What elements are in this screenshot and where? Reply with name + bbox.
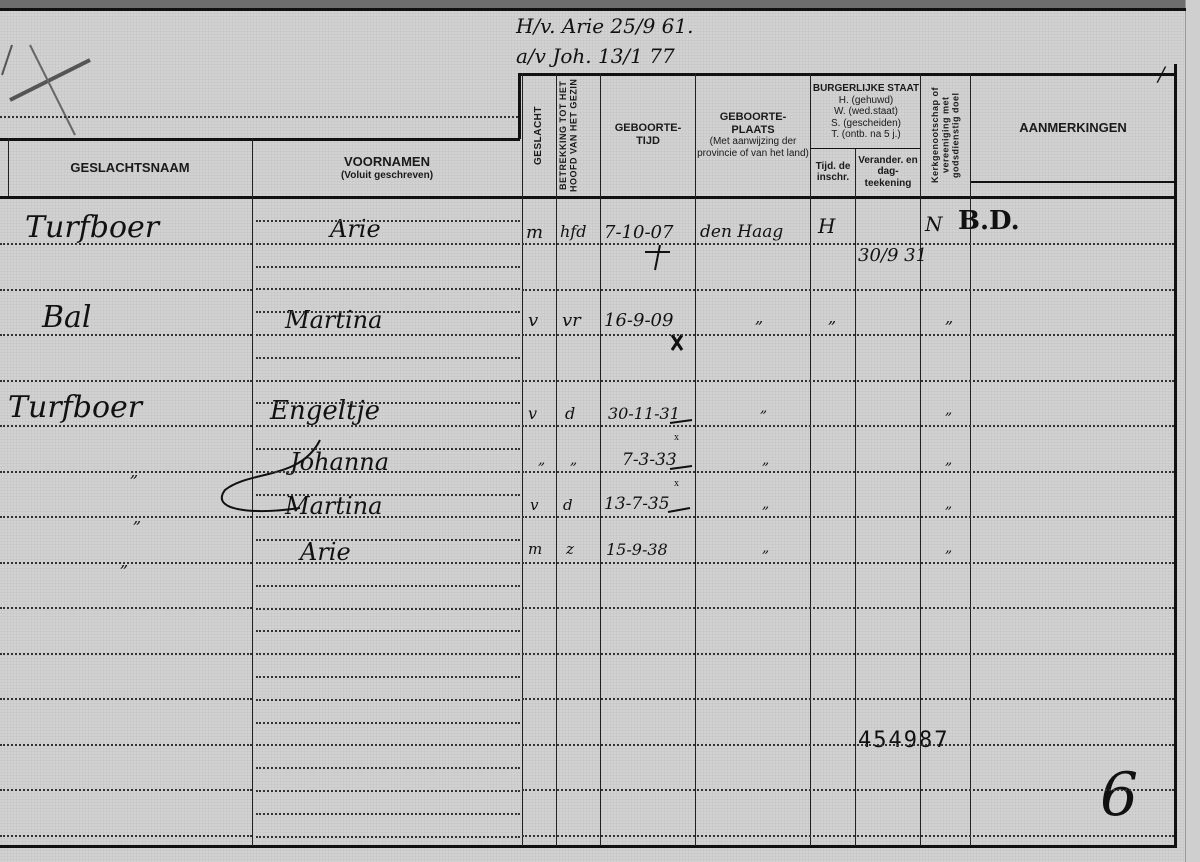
row3-geslacht: v: [528, 404, 537, 423]
name-guide-line: [256, 402, 520, 404]
registry-stamp-number: 454987: [858, 728, 949, 753]
row-guide-line: [522, 334, 1174, 336]
name-guide-line: [256, 539, 520, 541]
row6-geslacht: m: [528, 540, 542, 558]
row4-kerk: „: [945, 452, 952, 468]
header-staat-title: BURGERLIJKE STAAT: [813, 83, 919, 95]
page-number: 6: [1100, 760, 1138, 830]
staat-code-s: S. (gescheiden): [831, 118, 901, 130]
name-guide-line: [256, 790, 520, 792]
name-guide-line: [256, 653, 520, 655]
name-guide-line: [256, 357, 520, 359]
row-guide-line: [0, 789, 252, 791]
row-guide-line: [0, 562, 252, 564]
name-guide-line: [256, 516, 520, 518]
staat-code-t: T. (ontb. na 5 j.): [831, 129, 900, 141]
row-guide-line: [522, 653, 1174, 655]
name-guide-line: [256, 836, 520, 838]
upper-dotted-line: [0, 116, 518, 118]
row1-geslacht: m: [526, 222, 543, 243]
row-guide-line: [0, 744, 252, 746]
row5-geboorteplaats: „: [762, 496, 769, 512]
row1-kerk: N: [925, 212, 943, 236]
header-geslacht: GESLACHT: [522, 76, 556, 194]
name-guide-line: [256, 699, 520, 701]
row2-geboorteplaats: „: [755, 308, 763, 327]
name-guide-line: [256, 448, 520, 450]
row-guide-line: [0, 289, 252, 291]
svg-text:x: x: [674, 478, 679, 489]
row-guide-line: [522, 243, 1174, 245]
handwriting-flourish: [210, 430, 330, 520]
row1-verander: 30/9 31: [858, 245, 927, 266]
row-guide-line: [522, 380, 1174, 382]
name-guide-line: [256, 676, 520, 678]
row2-geslacht: v: [528, 310, 538, 331]
header-kerkgenootschap: Kerkgenootschap of vereeniging met godsd…: [921, 76, 970, 194]
header-step: [518, 73, 521, 139]
row-guide-line: [0, 334, 252, 336]
frame-top: [0, 8, 1186, 11]
name-guide-line: [256, 311, 520, 313]
name-guide-line: [256, 288, 520, 290]
name-guide-line: [256, 608, 520, 610]
row-guide-line: [0, 425, 252, 427]
top-annotation-line2: a/v Joh. 13/1 77: [516, 44, 675, 68]
registry-card: H/v. Arie 25/9 61. a/v Joh. 13/1 77 / GE…: [0, 0, 1200, 862]
row-guide-line: [0, 607, 252, 609]
header-betrekking-text: BETREKKING TOT HET HOOFD VAN HET GEZIN: [558, 76, 598, 194]
row6-geboorteplaats: „: [762, 540, 769, 556]
row-guide-line: [522, 789, 1174, 791]
row5-geslacht: v: [530, 496, 538, 514]
row6-kerk: „: [945, 540, 952, 556]
row-guide-line: [0, 653, 252, 655]
row1-geboorteplaats: den Haag: [700, 222, 783, 242]
row3-geboorteplaats: „: [760, 400, 767, 416]
header-tijd-inschr: Tijd. de inschr.: [811, 150, 855, 194]
header-kerk-text: Kerkgenootschap of vereeniging met godsd…: [930, 79, 961, 191]
name-guide-line: [256, 334, 520, 336]
row-guide-line: [522, 471, 1174, 473]
row2-staat: „: [828, 308, 836, 327]
header-geslachtsnaam: GESLACHTSNAAM: [8, 140, 252, 196]
row-guide-line: [522, 835, 1174, 837]
row4-geboorteplaats: „: [762, 452, 769, 468]
name-guide-line: [256, 243, 520, 245]
pencil-cross-icon: [0, 40, 100, 140]
row3-geslachtsnaam: Turfboer: [8, 390, 142, 425]
remark-stamp-bd: B.D.: [958, 206, 1020, 236]
name-guide-line: [256, 562, 520, 564]
row-guide-line: [522, 698, 1174, 700]
row6-betrekking: z: [566, 540, 574, 558]
row4-betrekking: „: [570, 452, 577, 468]
header-geboorteplaats-sub: (Met aanwijzing der provincie of van het…: [697, 136, 809, 159]
col-line-7: [855, 148, 856, 846]
row1-betrekking: hfd: [560, 222, 586, 241]
aanmerkingen-header-line: [970, 181, 1176, 183]
name-guide-line: [256, 266, 520, 268]
header-geslacht-text: GESLACHT: [533, 106, 545, 165]
name-guide-line: [256, 220, 520, 222]
header-aanmerkingen: AANMERKINGEN: [972, 76, 1174, 180]
row-guide-line: [0, 516, 252, 518]
row1-staat: H: [818, 214, 835, 238]
row-guide-line: [0, 471, 252, 473]
header-verander: Verander. en dag- teekening: [856, 150, 920, 194]
header-voornamen: VOORNAMEN (Voluit geschreven): [252, 140, 522, 196]
frame-right: [1174, 64, 1177, 848]
row2-kerk: „: [945, 308, 953, 327]
row2-betrekking: vr: [562, 310, 581, 331]
name-guide-line: [256, 425, 520, 427]
staat-code-w: W. (wed.staat): [834, 106, 898, 118]
row-guide-line: [0, 835, 252, 837]
name-guide-line: [256, 494, 520, 496]
name-guide-line: [256, 813, 520, 815]
col-line-9: [970, 73, 971, 846]
name-guide-line: [256, 380, 520, 382]
header-betrekking: BETREKKING TOT HET HOOFD VAN HET GEZIN: [556, 76, 600, 194]
header-voornamen-title: VOORNAMEN: [344, 155, 430, 170]
scan-right-border: [1185, 0, 1200, 862]
name-guide-line: [256, 744, 520, 746]
header-bottom-line: [0, 196, 1176, 199]
header-voornamen-sub: (Voluit geschreven): [341, 170, 433, 182]
row-guide-line: [0, 698, 252, 700]
name-guide-line: [256, 585, 520, 587]
row5-betrekking: d: [563, 496, 573, 514]
top-annotation-line1: H/v. Arie 25/9 61.: [516, 14, 694, 38]
row-guide-line: [522, 289, 1174, 291]
row-guide-line: [522, 607, 1174, 609]
row-guide-line: [522, 425, 1174, 427]
frame-bottom: [0, 845, 1176, 848]
row-guide-line: [522, 744, 1174, 746]
header-geboorteplaats-title: GEBOORTE- PLAATS: [697, 111, 809, 136]
row-guide-line: [522, 562, 1174, 564]
name-guide-line: [256, 767, 520, 769]
header-geboorteplaats: GEBOORTE- PLAATS (Met aanwijzing der pro…: [697, 76, 809, 194]
row3-voornamen: Engeltje: [270, 396, 380, 426]
staat-code-h: H. (gehuwd): [839, 95, 893, 107]
row-guide-line: [522, 516, 1174, 518]
header-geboortetijd: GEBOORTE- TIJD: [602, 76, 694, 194]
row5-kerk: „: [945, 496, 952, 512]
staat-sub-divider: [810, 148, 920, 149]
row1-geslachtsnaam: Turfboer: [25, 210, 159, 245]
header-burgerlijke-staat: BURGERLIJKE STAAT H. (gehuwd) W. (wed.st…: [812, 76, 920, 148]
row3-betrekking: d: [565, 404, 575, 423]
row2-geslachtsnaam: Bal: [42, 300, 92, 335]
name-guide-line: [256, 722, 520, 724]
name-guide-line: [256, 471, 520, 473]
row-guide-line: [0, 380, 252, 382]
name-guide-line: [256, 630, 520, 632]
row4-geslacht: „: [538, 452, 545, 468]
row-guide-line: [0, 243, 252, 245]
svg-text:x: x: [674, 432, 679, 443]
row3-kerk: „: [945, 402, 952, 418]
